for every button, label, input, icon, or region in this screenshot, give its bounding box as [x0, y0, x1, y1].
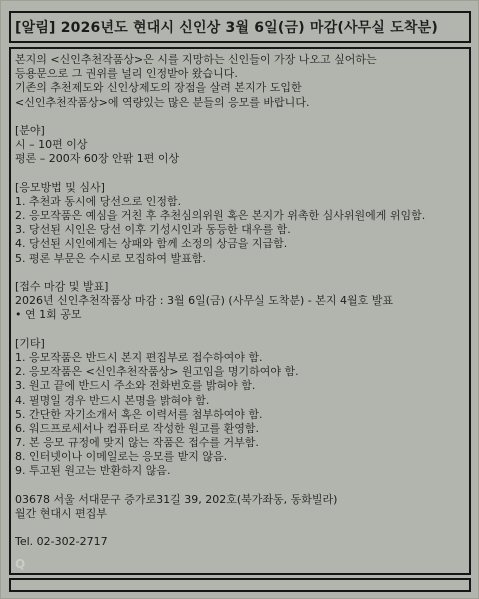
- intro-line: 본지의 <신인추천작품상>은 시를 지망하는 신인들이 가장 나오고 싶어하는: [15, 53, 465, 67]
- section-line: 시 – 10편 이상: [15, 138, 465, 152]
- notice-body: 본지의 <신인추천작품상>은 시를 지망하는 신인들이 가장 나오고 싶어하는 …: [9, 47, 471, 575]
- section-header-deadline: [접수 마감 및 발표]: [15, 280, 465, 294]
- page-title: [알림] 2026년도 현대시 신인상 3월 6일(금) 마감(사무실 도착분): [15, 17, 438, 37]
- publisher-line: 월간 현대시 편집부: [15, 507, 465, 521]
- watermark-q: Q: [15, 557, 25, 571]
- section-header-method: [응모방법 및 심사]: [15, 181, 465, 195]
- intro-line: 등용문으로 그 권위를 널리 인정받아 왔습니다.: [15, 67, 465, 81]
- section-line: 4. 당선된 시인에게는 상패와 함께 소정의 상금을 지급함.: [15, 237, 465, 251]
- section-header-etc: [기타]: [15, 337, 465, 351]
- section-line: 평론 – 200자 60장 안팎 1편 이상: [15, 152, 465, 166]
- section-line: 2. 응모작품은 예심을 거친 후 추천심의위원 혹은 본지가 위촉한 심사위원…: [15, 209, 465, 223]
- section-line: 2. 응모작품은 <신인추천작품상> 원고임을 명기하여야 함.: [15, 365, 465, 379]
- footer-bar: [9, 578, 471, 592]
- blank-line: [15, 167, 465, 181]
- intro-line: <신인추천작품상>에 역량있는 많은 분들의 응모를 바랍니다.: [15, 96, 465, 110]
- section-line: 5. 평론 부문은 수시로 모집하여 발표함.: [15, 252, 465, 266]
- address-line: 03678 서울 서대문구 증가로31길 39, 202호(북가좌동, 동화빌라…: [15, 493, 465, 507]
- section-line: 7. 본 응모 규정에 맞지 않는 작품은 접수를 거부함.: [15, 436, 465, 450]
- blank-line: [15, 323, 465, 337]
- section-line: 1. 추천과 동시에 당선으로 인정함.: [15, 195, 465, 209]
- section-line: 9. 투고된 원고는 반환하지 않음.: [15, 464, 465, 478]
- section-line: 2026년 신인추천작품상 마감 : 3월 6일(금) (사무실 도착분) - …: [15, 294, 465, 308]
- notice-page: [알림] 2026년도 현대시 신인상 3월 6일(금) 마감(사무실 도착분)…: [0, 0, 479, 599]
- section-line: 5. 간단한 자기소개서 혹은 이력서를 첨부하여야 함.: [15, 408, 465, 422]
- section-line: 6. 워드프로세서나 컴퓨터로 작성한 원고를 환영함.: [15, 422, 465, 436]
- section-line: 4. 필명일 경우 반드시 본명을 밝혀야 함.: [15, 394, 465, 408]
- section-header-field: [분야]: [15, 124, 465, 138]
- telephone-line: Tel. 02-302-2717: [15, 535, 465, 549]
- section-line: 8. 인터넷이나 이메일로는 응모를 받지 않음.: [15, 450, 465, 464]
- blank-line: [15, 110, 465, 124]
- blank-line: [15, 521, 465, 535]
- section-line: • 연 1회 공모: [15, 308, 465, 322]
- section-line: 1. 응모작품은 반드시 본지 편집부로 접수하여야 함.: [15, 351, 465, 365]
- blank-line: [15, 479, 465, 493]
- section-line: 3. 당선된 시인은 당선 이후 기성시인과 동등한 대우를 함.: [15, 223, 465, 237]
- section-line: 3. 원고 끝에 반드시 주소와 전화번호를 밝혀야 함.: [15, 379, 465, 393]
- intro-line: 기존의 추천제도와 신인상제도의 장점을 살려 본지가 도입한: [15, 81, 465, 95]
- blank-line: [15, 266, 465, 280]
- notice-title-bar: [알림] 2026년도 현대시 신인상 3월 6일(금) 마감(사무실 도착분): [9, 11, 471, 43]
